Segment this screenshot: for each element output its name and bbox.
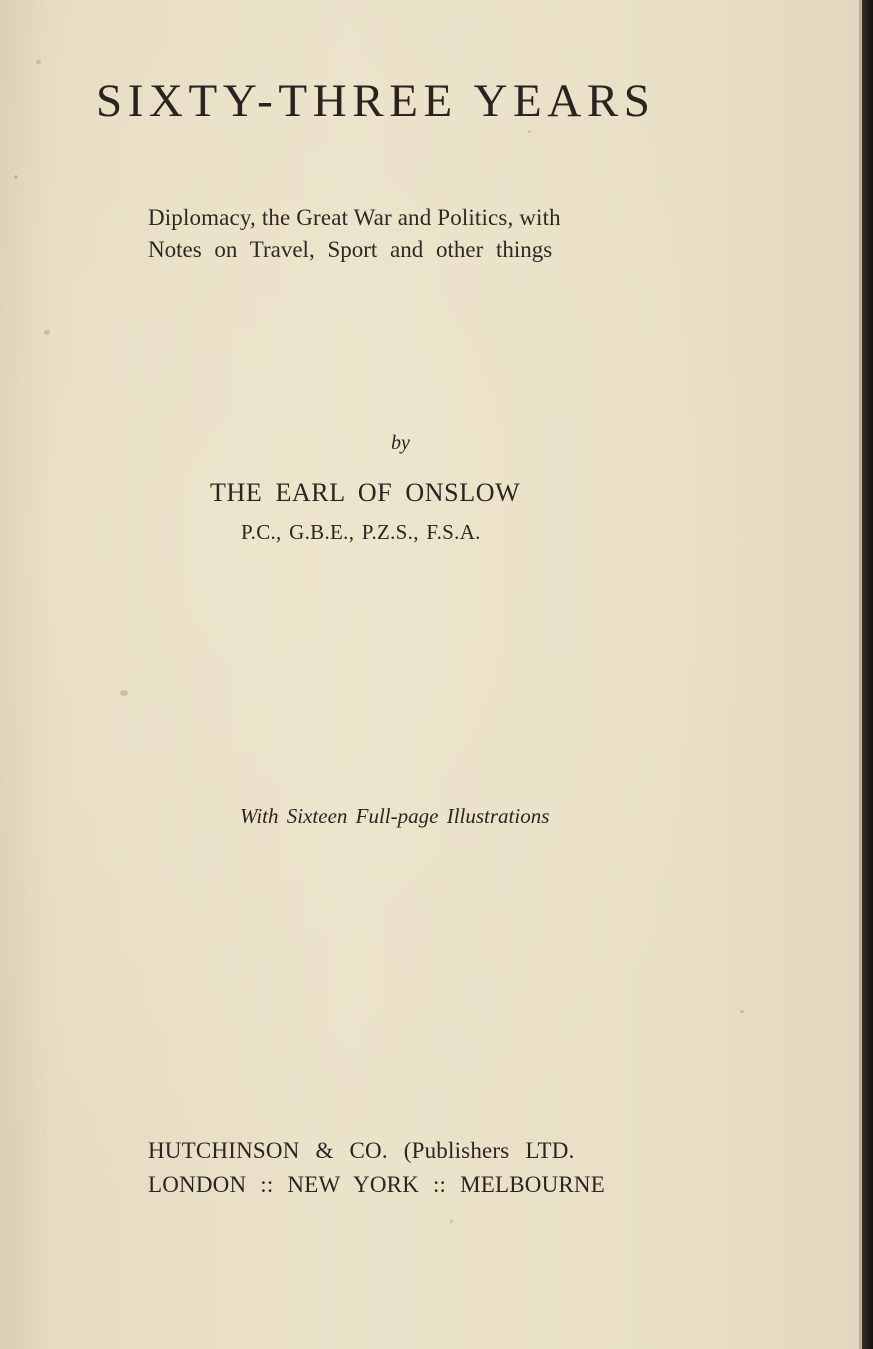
publisher-name: HUTCHINSON & CO. (Publishers LTD. xyxy=(148,1138,575,1164)
paper-speck xyxy=(450,1220,453,1223)
paper-speck xyxy=(120,690,128,696)
author-name: THE EARL OF ONSLOW xyxy=(210,478,520,508)
paper-speck xyxy=(740,1010,744,1013)
paper-speck xyxy=(528,130,531,133)
paper-speck xyxy=(36,60,41,64)
publisher-locations: LONDON :: NEW YORK :: MELBOURNE xyxy=(148,1172,605,1198)
subtitle-line-1: Diplomacy, the Great War and Politics, w… xyxy=(148,205,561,231)
by-label: by xyxy=(391,432,410,455)
book-title: SIXTY-THREE YEARS xyxy=(96,74,656,128)
book-edge-shadow xyxy=(862,0,873,1349)
title-page: SIXTY-THREE YEARS Diplomacy, the Great W… xyxy=(0,0,862,1349)
author-honours: P.C., G.B.E., P.Z.S., F.S.A. xyxy=(241,520,481,545)
illustrations-note: With Sixteen Full-page Illustrations xyxy=(240,804,549,829)
paper-speck xyxy=(14,175,18,179)
paper-speck xyxy=(44,330,50,335)
subtitle-line-2: Notes on Travel, Sport and other things xyxy=(148,237,552,263)
